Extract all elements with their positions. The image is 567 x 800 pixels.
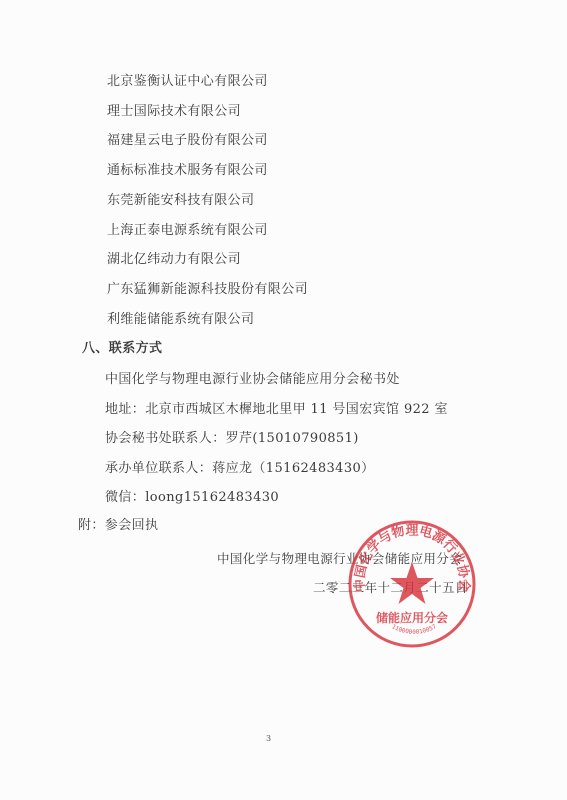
company-item: 北京鉴衡认证中心有限公司 — [107, 70, 268, 89]
company-item: 湖北亿纬动力有限公司 — [107, 248, 241, 267]
company-item: 理士国际技术有限公司 — [107, 100, 241, 119]
company-item: 广东猛狮新能源科技股份有限公司 — [107, 278, 308, 297]
svg-text:储能应用分会: 储能应用分会 — [376, 610, 448, 625]
document-page: 北京鉴衡认证中心有限公司 理士国际技术有限公司 福建星云电子股份有限公司 通标标… — [0, 0, 567, 800]
organizer-contact: 承办单位联系人：蒋应龙（15162483430） — [105, 457, 375, 476]
official-seal-icon: 中国化学与物理电源行业协会 储能应用分会 1100000010057 — [346, 518, 478, 650]
attachment-note: 附：参会回执 — [78, 514, 158, 533]
page-number: 3 — [266, 734, 271, 743]
company-item: 福建星云电子股份有限公司 — [107, 129, 268, 148]
section-heading: 八、联系方式 — [82, 337, 162, 356]
contact-address: 地址：北京市西城区木樨地北里甲 11 号国宏宾馆 922 室 — [105, 398, 448, 417]
company-item: 通标标准技术服务有限公司 — [107, 159, 268, 178]
company-item: 利维能储能系统有限公司 — [107, 308, 254, 327]
company-item: 上海正泰电源系统有限公司 — [107, 219, 268, 238]
contact-org: 中国化学与物理电源行业协会储能应用分会秘书处 — [105, 368, 400, 387]
wechat-contact: 微信：loong15162483430 — [105, 486, 279, 505]
secretariat-contact: 协会秘书处联系人：罗芹(15010790851) — [105, 427, 359, 446]
company-item: 东莞新能安科技有限公司 — [107, 189, 254, 208]
